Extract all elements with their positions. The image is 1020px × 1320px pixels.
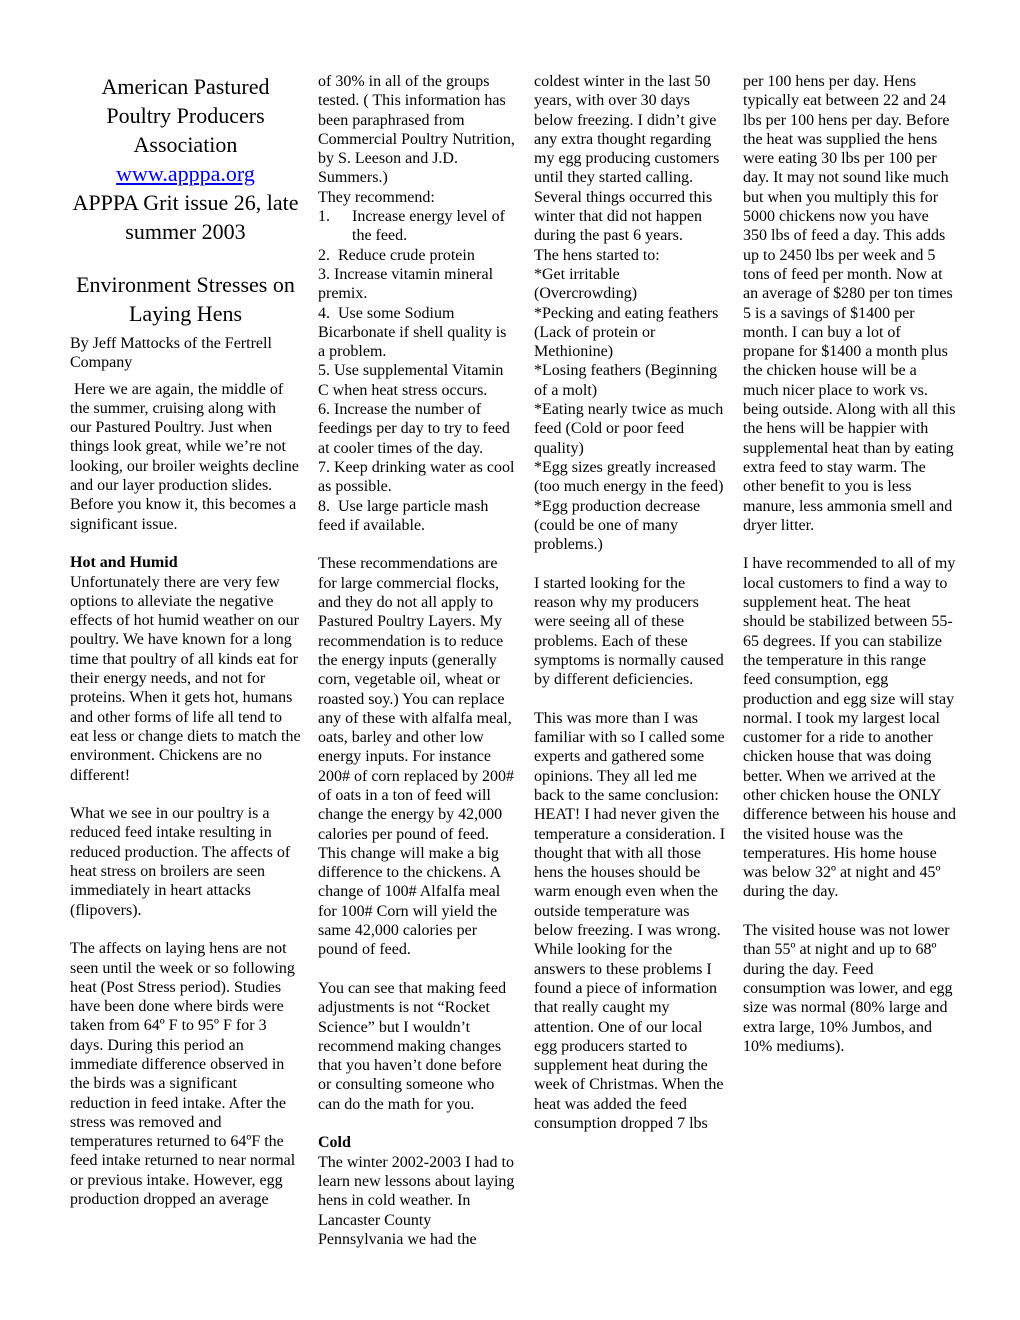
section-heading: Cold bbox=[318, 1133, 517, 1152]
blank-line bbox=[534, 554, 726, 573]
article-title: Environment Stresses on Laying Hens bbox=[70, 270, 301, 328]
paragraph: The hens started to: bbox=[534, 246, 726, 265]
paragraph: *Pecking and eating feathers (Lack of pr… bbox=[534, 304, 726, 362]
column-2-text: of 30% in all of the groups tested. ( Th… bbox=[318, 72, 517, 1249]
paragraph: of 30% in all of the groups tested. ( Th… bbox=[318, 72, 517, 188]
blank-line bbox=[743, 535, 956, 554]
blank-line bbox=[318, 1114, 517, 1133]
paragraph: I have recommended to all of my local cu… bbox=[743, 554, 956, 901]
byline: By Jeff Mattocks of the Fertrell Company bbox=[70, 334, 301, 373]
blank-line bbox=[70, 785, 301, 804]
column-1: American Pastured Poultry Producers Asso… bbox=[70, 72, 301, 1249]
paragraph: *Egg sizes greatly increased (too much e… bbox=[534, 458, 726, 497]
blank-line bbox=[318, 960, 517, 979]
paragraph: The affects on laying hens are not seen … bbox=[70, 939, 301, 1209]
column-4-text: per 100 hens per day. Hens typically eat… bbox=[743, 72, 956, 1056]
paragraph: *Egg production decrease (could be one o… bbox=[534, 497, 726, 555]
paragraph: The visited house was not lower than 55º… bbox=[743, 921, 956, 1056]
paragraph: The winter 2002-2003 I had to learn new … bbox=[318, 1153, 517, 1249]
blank-line bbox=[70, 534, 301, 553]
paragraph: 6. Increase the number of feedings per d… bbox=[318, 400, 517, 458]
paragraph: These recommendations are for large comm… bbox=[318, 554, 517, 959]
paragraph: *Eating nearly twice as much feed (Cold … bbox=[534, 400, 726, 458]
paragraph: *Get irritable (Overcrowding) bbox=[534, 265, 726, 304]
blank-line bbox=[70, 920, 301, 939]
paragraph: I started looking for the reason why my … bbox=[534, 574, 726, 690]
section-heading: Hot and Humid bbox=[70, 553, 301, 572]
paragraph: Unfortunately there are very few options… bbox=[70, 573, 301, 785]
blank-line bbox=[534, 690, 726, 709]
website-link[interactable]: www.apppa.org bbox=[116, 161, 255, 186]
document-page: American Pastured Poultry Producers Asso… bbox=[0, 0, 1020, 1249]
column-2: of 30% in all of the groups tested. ( Th… bbox=[318, 72, 517, 1249]
paragraph: 3. Increase vitamin mineral premix. bbox=[318, 265, 517, 304]
paragraph: 2. Reduce crude protein bbox=[318, 246, 517, 265]
paragraph: Here we are again, the middle of the sum… bbox=[70, 380, 301, 534]
website-line: www.apppa.org bbox=[70, 159, 301, 188]
paragraph: 4. Use some Sodium Bicarbonate if shell … bbox=[318, 304, 517, 362]
column-1-text: Here we are again, the middle of the sum… bbox=[70, 380, 301, 1210]
paragraph: coldest winter in the last 50 years, wit… bbox=[534, 72, 726, 246]
paragraph: *Losing feathers (Beginning of a molt) bbox=[534, 361, 726, 400]
org-title: American Pastured Poultry Producers Asso… bbox=[70, 72, 301, 159]
paragraph: per 100 hens per day. Hens typically eat… bbox=[743, 72, 956, 535]
paragraph: You can see that making feed adjustments… bbox=[318, 979, 517, 1114]
masthead: American Pastured Poultry Producers Asso… bbox=[70, 72, 301, 373]
column-4: per 100 hens per day. Hens typically eat… bbox=[743, 72, 956, 1249]
paragraph: They recommend: bbox=[318, 188, 517, 207]
numbered-list-item: 1.Increase energy level of the feed. bbox=[318, 207, 517, 246]
issue-line: APPPA Grit issue 26, late summer 2003 bbox=[70, 188, 301, 246]
column-3-text: coldest winter in the last 50 years, wit… bbox=[534, 72, 726, 1133]
column-3: coldest winter in the last 50 years, wit… bbox=[534, 72, 726, 1249]
paragraph: What we see in our poultry is a reduced … bbox=[70, 804, 301, 920]
paragraph: 7. Keep drinking water as cool as possib… bbox=[318, 458, 517, 497]
paragraph: 5. Use supplemental Vitamin C when heat … bbox=[318, 361, 517, 400]
masthead-spacer bbox=[70, 246, 301, 270]
paragraph: This was more than I was familiar with s… bbox=[534, 709, 726, 1134]
blank-line bbox=[318, 535, 517, 554]
list-number: 1. bbox=[318, 207, 352, 226]
blank-line bbox=[743, 902, 956, 921]
paragraph: 8. Use large particle mash feed if avail… bbox=[318, 497, 517, 536]
